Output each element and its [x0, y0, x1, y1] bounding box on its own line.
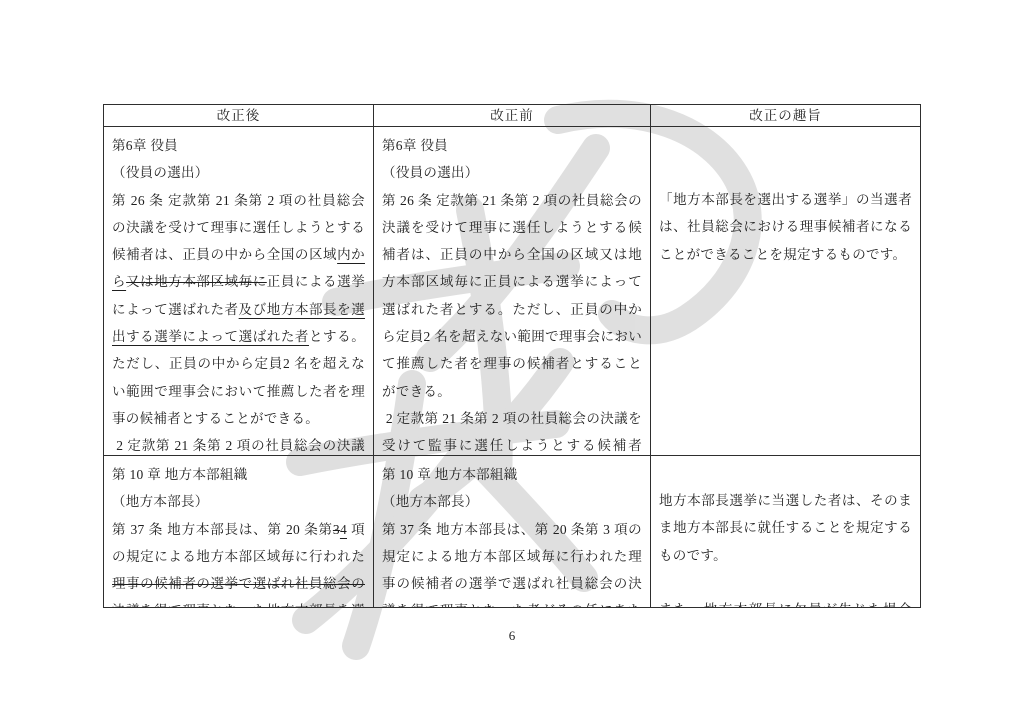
text-run: 2 定款第 21 条第 2 項の社員総会の決議を受けて監事に選任しようとする候補… [382, 411, 642, 456]
deleted-text: 又は地方本部区域毎に [126, 274, 267, 289]
column-header-purpose-of-revision: 改正の趣旨 [651, 105, 920, 127]
cell-text: 「地方本部長を選出する選挙」の当選者は、社員総会における理事候補者になることがで… [651, 127, 920, 268]
text-run: また、地方本部長に欠員が生じた場合は、現行 [659, 602, 912, 607]
paragraph: （役員の選出） [112, 159, 365, 186]
paragraph: 第 37 条 地方本部長は、第 20 条第 3 項の規定による地方本部区域毎に行… [382, 516, 642, 607]
paragraph: 第 10 章 地方本部組織 [112, 461, 365, 488]
text-run: 第6章 役員 [112, 138, 178, 153]
document-page: 改正後 改正前 改正の趣旨 第6章 役員（役員の選出）第 26 条 定款第 21… [0, 0, 1024, 723]
text-run: 第6章 役員 [382, 138, 448, 153]
paragraph: 第 26 条 定款第 21 条第 2 項の社員総会の決議を受けて理事に選任しよう… [112, 187, 365, 433]
cell-before-revision-chapter10: 第 10 章 地方本部組織（地方本部長）第 37 条 地方本部長は、第 20 条… [374, 456, 651, 607]
paragraph: 第 37 条 地方本部長は、第 20 条第34 項の規定による地方本部区域毎に行… [112, 516, 365, 607]
paragraph [659, 569, 912, 596]
cell-text: 地方本部長選挙に当選した者は、そのまま地方本部長に就任することを規定するものです… [651, 456, 920, 607]
text-run: 第 10 章 地方本部組織 [382, 467, 518, 482]
text-run: 第 37 条 地方本部長は、第 20 条第 [112, 522, 333, 537]
paragraph: （地方本部長） [382, 488, 642, 515]
page-number: 6 [0, 628, 1024, 644]
text-run: 「地方本部長を選出する選挙」の当選者は、社員総会における理事候補者になることがで… [659, 192, 912, 262]
paragraph: 2 定款第 21 条第 2 項の社員総会の決議を受けて監事に選任しようとする候補… [382, 405, 642, 456]
column-header-after-revision: 改正後 [104, 105, 374, 127]
cell-before-revision-chapter6: 第6章 役員（役員の選出）第 26 条 定款第 21 条第 2 項の社員総会の決… [374, 127, 651, 456]
cell-after-revision-chapter10: 第 10 章 地方本部組織（地方本部長）第 37 条 地方本部長は、第 20 条… [104, 456, 374, 607]
paragraph: （地方本部長） [112, 488, 365, 515]
paragraph: 第6章 役員 [382, 132, 642, 159]
cell-purpose-chapter10: 地方本部長選挙に当選した者は、そのまま地方本部長に就任することを規定するものです… [651, 456, 920, 607]
text-run: 地方本部長選挙に当選した者は、そのまま地方本部長に就任することを規定するものです… [659, 493, 912, 563]
text-run: （役員の選出） [112, 165, 209, 180]
text-run: 第 26 条 定款第 21 条第 2 項の社員総会の決議を受けて理事に選任しよう… [382, 193, 642, 399]
cell-text: 第6章 役員（役員の選出）第 26 条 定款第 21 条第 2 項の社員総会の決… [374, 127, 650, 456]
cell-purpose-chapter6: 「地方本部長を選出する選挙」の当選者は、社員総会における理事候補者になることがで… [651, 127, 920, 456]
text-run: 第 10 章 地方本部組織 [112, 467, 248, 482]
text-run: 2 定款第 21 条第 2 項の社員総会の決議を受けて監事に選任しようとする候補… [112, 438, 365, 456]
paragraph: 第 26 条 定款第 21 条第 2 項の社員総会の決議を受けて理事に選任しよう… [382, 187, 642, 405]
paragraph: また、地方本部長に欠員が生じた場合は、現行 [659, 596, 912, 607]
text-run: （役員の選出） [382, 165, 479, 180]
paragraph: 地方本部長選挙に当選した者は、そのまま地方本部長に就任することを規定するものです… [659, 487, 912, 569]
inserted-text: 4 [340, 522, 347, 537]
paragraph: （役員の選出） [382, 159, 642, 186]
text-run: 第 26 条 定款第 21 条第 2 項の社員総会の決議を受けて理事に選任しよう… [112, 193, 365, 263]
cell-text: 第6章 役員（役員の選出）第 26 条 定款第 21 条第 2 項の社員総会の決… [104, 127, 373, 456]
deleted-text: 3 [333, 522, 340, 537]
text-run: （地方本部長） [112, 494, 209, 509]
cell-text: 第 10 章 地方本部組織（地方本部長）第 37 条 地方本部長は、第 20 条… [374, 456, 650, 607]
paragraph: 第 10 章 地方本部組織 [382, 461, 642, 488]
paragraph: 2 定款第 21 条第 2 項の社員総会の決議を受けて監事に選任しようとする候補… [112, 432, 365, 456]
cell-after-revision-chapter6: 第6章 役員（役員の選出）第 26 条 定款第 21 条第 2 項の社員総会の決… [104, 127, 374, 456]
text-run: （地方本部長） [382, 494, 479, 509]
paragraph: 「地方本部長を選出する選挙」の当選者は、社員総会における理事候補者になることがで… [659, 186, 912, 268]
text-run: 第 37 条 地方本部長は、第 20 条第 3 項の規定による地方本部区域毎に行… [382, 522, 642, 607]
amendment-comparison-table: 改正後 改正前 改正の趣旨 第6章 役員（役員の選出）第 26 条 定款第 21… [103, 104, 921, 608]
column-header-before-revision: 改正前 [374, 105, 651, 127]
paragraph: 第6章 役員 [112, 132, 365, 159]
cell-text: 第 10 章 地方本部組織（地方本部長）第 37 条 地方本部長は、第 20 条… [104, 456, 373, 607]
